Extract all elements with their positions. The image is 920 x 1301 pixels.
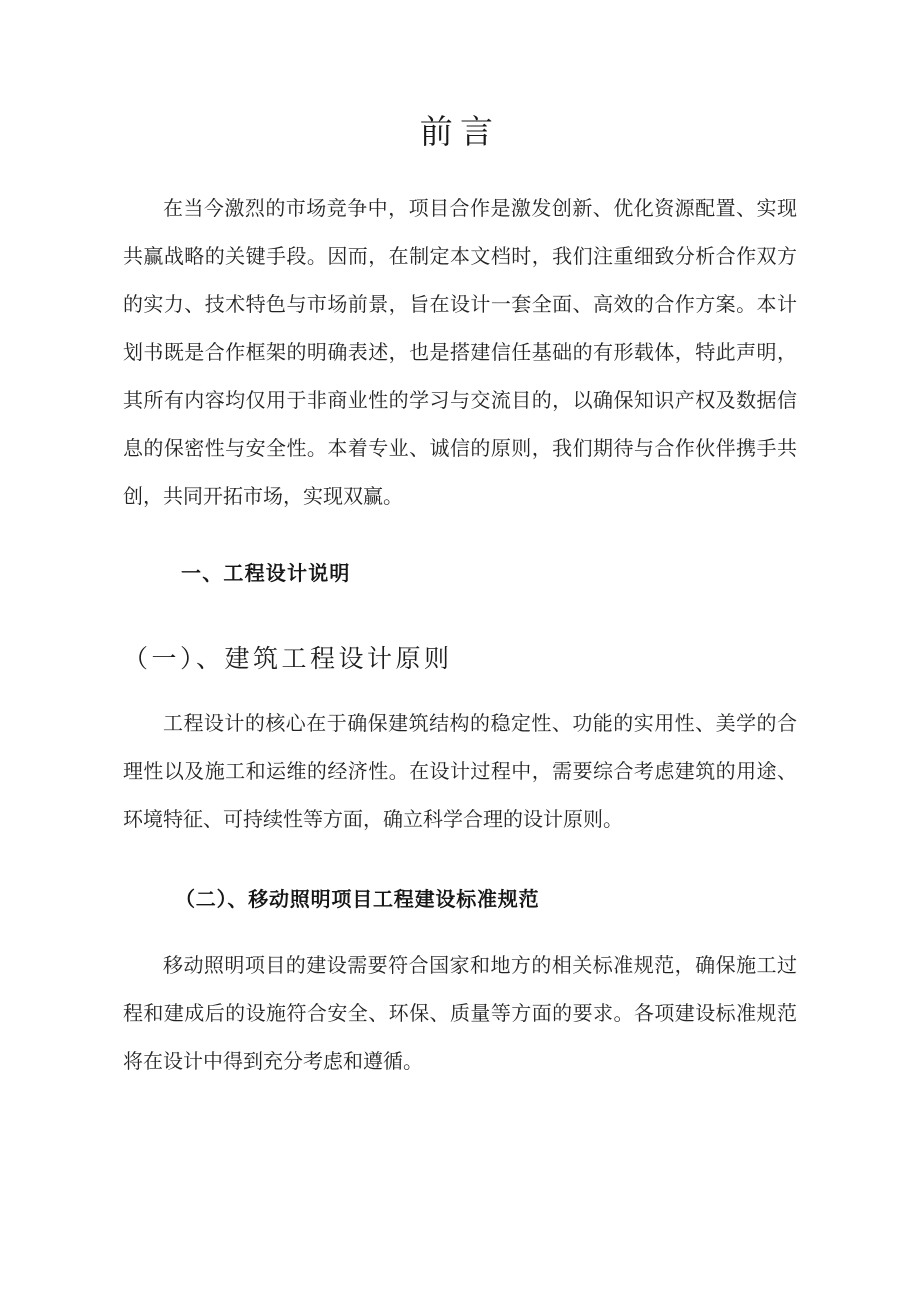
section-heading-1: 一、工程设计说明 [123,550,797,598]
subsection-paragraph-1: 工程设计的核心在于确保建筑结构的稳定性、功能的实用性、美学的合理性以及施工和运维… [123,700,797,844]
page-title: 前言 [123,112,797,155]
document-content: 前言 在当今激烈的市场竞争中，项目合作是激发创新、优化资源配置、实现共赢战略的关… [0,112,920,1086]
intro-paragraph: 在当今激烈的市场竞争中，项目合作是激发创新、优化资源配置、实现共赢战略的关键手段… [123,185,797,521]
subsection-heading-1: （一）、建筑工程设计原则 [123,638,797,682]
subsection-paragraph-2: 移动照明项目的建设需要符合国家和地方的相关标准规范，确保施工过程和建成后的设施符… [123,942,797,1086]
subsection-heading-2: （二）、移动照明项目工程建设标准规范 [123,876,797,924]
document-page: 前言 在当今激烈的市场竞争中，项目合作是激发创新、优化资源配置、实现共赢战略的关… [0,0,920,1301]
